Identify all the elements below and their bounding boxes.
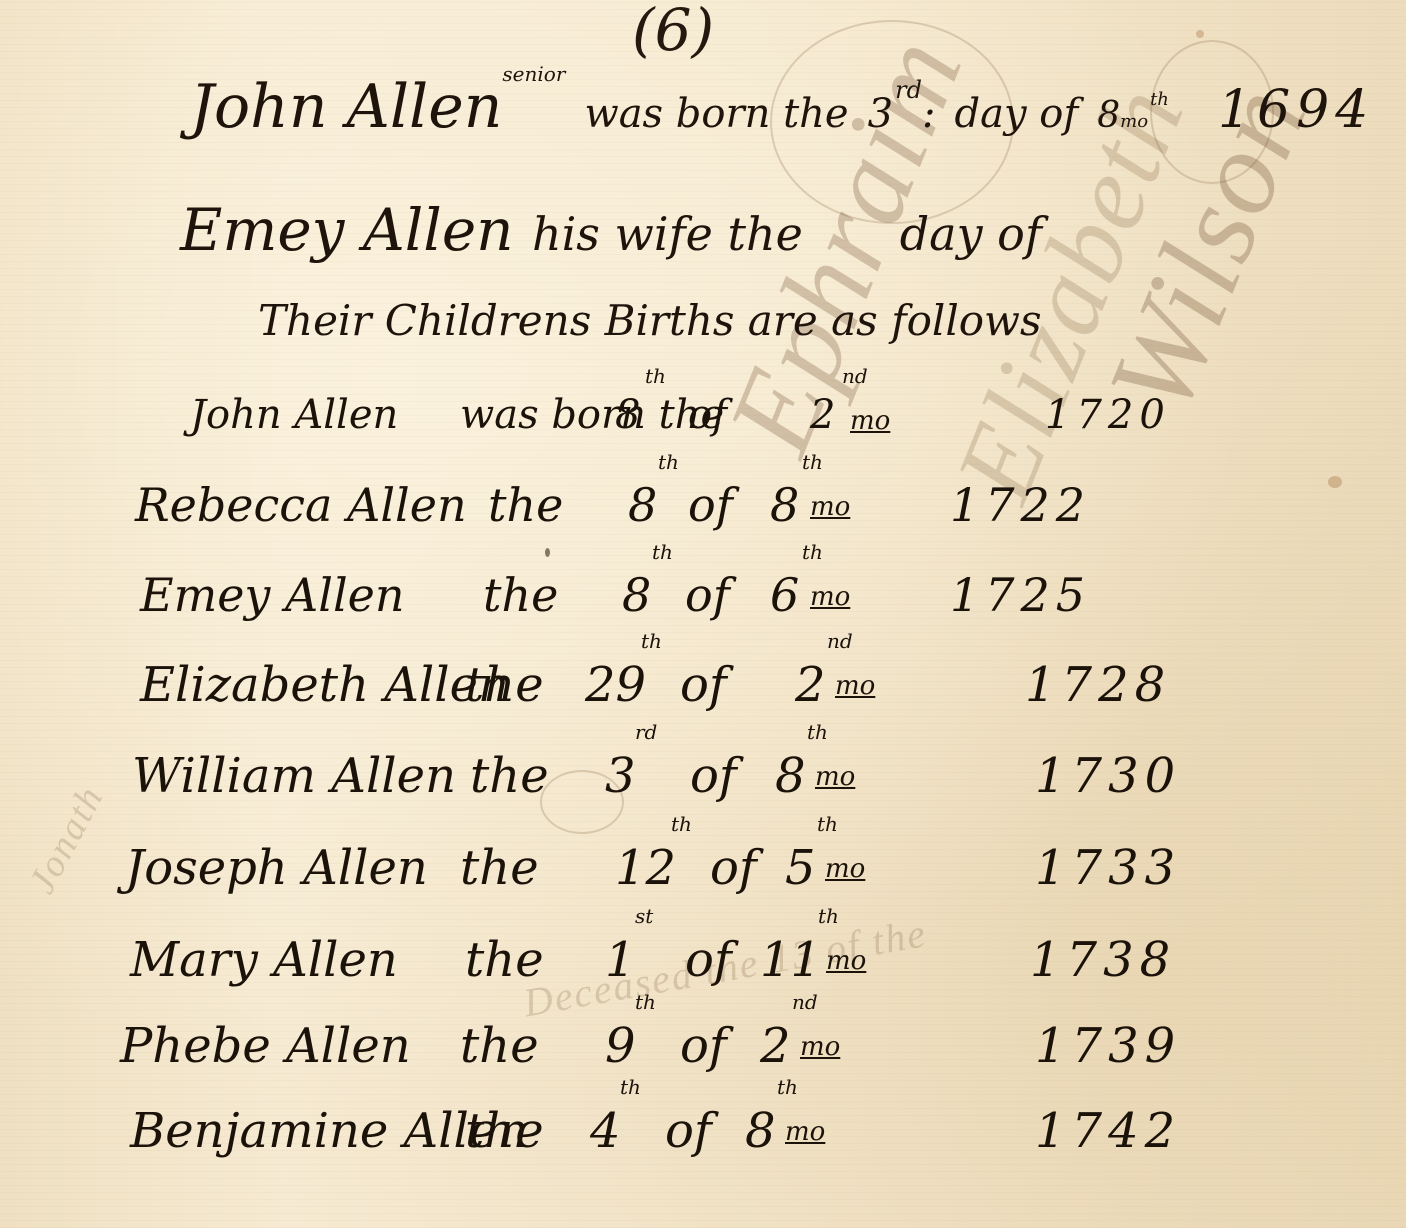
child-day-suffix: rd xyxy=(635,720,657,744)
father-month-abbr: mo xyxy=(1120,111,1148,132)
child-month-suffix: th xyxy=(802,450,823,474)
child-month-suffix: th xyxy=(818,904,839,928)
child-day-suffix: th xyxy=(641,629,662,653)
child-name: Mary Allen xyxy=(130,932,398,988)
mother-wife-text: his wife the xyxy=(532,207,803,261)
child-year: 1725 xyxy=(950,568,1091,622)
child-day-suffix: st xyxy=(635,904,653,928)
child-year: 1733 xyxy=(1035,840,1181,896)
child-day-suffix: th xyxy=(658,450,679,474)
child-month: 11 xyxy=(760,932,821,988)
child-month: 2 xyxy=(810,392,835,438)
child-of: of xyxy=(688,478,733,532)
child-of: of xyxy=(685,568,730,622)
father-month-suffix: th xyxy=(1150,89,1169,110)
header-line-mother: Emey Allen his wife the day of xyxy=(180,196,1042,264)
father-day: 3 xyxy=(868,91,893,137)
bleed-through-text: Jonath xyxy=(20,778,113,901)
child-prefix: the xyxy=(470,748,549,804)
senior-annotation: senior xyxy=(502,62,565,86)
mother-day-word: day of xyxy=(900,207,1042,261)
child-day: 1 xyxy=(605,932,636,988)
father-year: 1694 xyxy=(1218,80,1374,140)
child-name: Rebecca Allen xyxy=(135,478,467,532)
child-of: of xyxy=(680,657,727,713)
child-name: Phebe Allen xyxy=(120,1018,411,1074)
child-month-abbr: mo xyxy=(815,762,855,792)
child-name: Joseph Allen xyxy=(125,840,428,896)
child-day: 8 xyxy=(615,392,640,438)
child-month-abbr: mo xyxy=(835,671,875,701)
child-day: 9 xyxy=(605,1018,636,1074)
child-of: of xyxy=(690,748,737,804)
ink-stain xyxy=(545,548,550,557)
father-day-suffix: rd xyxy=(895,76,922,104)
child-month-abbr: mo xyxy=(825,854,865,884)
child-month: 8 xyxy=(775,748,806,804)
child-of: of xyxy=(710,840,757,896)
child-of: of xyxy=(685,932,732,988)
child-month-suffix: nd xyxy=(827,629,853,653)
header-line-father: John Allensenior was born the 3rd: day o… xyxy=(190,62,1374,142)
child-day-suffix: th xyxy=(645,364,666,388)
child-month-suffix: th xyxy=(817,812,838,836)
child-of: of xyxy=(688,392,727,438)
child-month-abbr: mo xyxy=(850,406,890,436)
father-month: 8 xyxy=(1097,95,1120,136)
child-prefix: the xyxy=(465,932,544,988)
child-day: 8 xyxy=(622,568,651,622)
child-month-suffix: nd xyxy=(842,364,868,388)
child-month-abbr: mo xyxy=(826,946,866,976)
child-day-suffix: th xyxy=(635,990,656,1014)
child-month-abbr: mo xyxy=(785,1117,825,1147)
child-year: 1739 xyxy=(1035,1018,1181,1074)
child-prefix: the xyxy=(465,1103,544,1159)
child-month: 2 xyxy=(795,657,826,713)
child-month-abbr: mo xyxy=(800,1032,840,1062)
child-year: 1722 xyxy=(950,478,1091,532)
child-day-suffix: th xyxy=(671,812,692,836)
child-month-suffix: th xyxy=(802,540,823,564)
child-prefix: the xyxy=(488,478,563,532)
child-month: 5 xyxy=(785,840,816,896)
child-month-suffix: th xyxy=(807,720,828,744)
child-month: 8 xyxy=(745,1103,776,1159)
child-day: 4 xyxy=(590,1103,621,1159)
child-day-suffix: th xyxy=(620,1075,641,1099)
father-day-word: day of xyxy=(955,91,1079,137)
child-of: of xyxy=(680,1018,727,1074)
child-year: 1728 xyxy=(1025,657,1171,713)
child-name: William Allen xyxy=(132,748,456,804)
child-month: 6 xyxy=(770,568,799,622)
child-year: 1720 xyxy=(1045,392,1171,438)
child-day: 29 xyxy=(585,657,646,713)
child-month-suffix: nd xyxy=(792,990,818,1014)
child-prefix: was born the xyxy=(460,392,724,438)
mother-name: Emey Allen xyxy=(180,196,514,264)
child-year: 1742 xyxy=(1035,1103,1181,1159)
child-month-suffix: th xyxy=(777,1075,798,1099)
ink-stain xyxy=(1196,30,1204,38)
father-born-text: was born the xyxy=(584,91,848,137)
child-month: 2 xyxy=(760,1018,791,1074)
child-prefix: the xyxy=(460,1018,539,1074)
child-name: Emey Allen xyxy=(140,568,405,622)
child-day-suffix: th xyxy=(652,540,673,564)
child-name: Elizabeth Allen xyxy=(140,657,509,713)
child-month-abbr: mo xyxy=(810,582,850,612)
child-prefix: the xyxy=(465,657,544,713)
child-prefix: the xyxy=(483,568,558,622)
child-of: of xyxy=(665,1103,712,1159)
child-name: John Allen xyxy=(190,392,398,438)
child-day: 3 xyxy=(605,748,636,804)
page-number: (6) xyxy=(632,0,714,64)
child-day: 8 xyxy=(628,478,657,532)
manuscript-page: Ephraim Elizabeth Wilson Deceased the 13… xyxy=(0,0,1406,1228)
children-heading: Their Childrens Births are as follows xyxy=(258,296,1042,345)
child-year: 1738 xyxy=(1030,932,1176,988)
child-month: 8 xyxy=(770,478,799,532)
ink-stain xyxy=(1328,476,1342,488)
father-name: John Allen xyxy=(190,72,502,142)
child-month-abbr: mo xyxy=(810,492,850,522)
child-year: 1730 xyxy=(1035,748,1181,804)
child-day: 12 xyxy=(615,840,676,896)
child-prefix: the xyxy=(460,840,539,896)
